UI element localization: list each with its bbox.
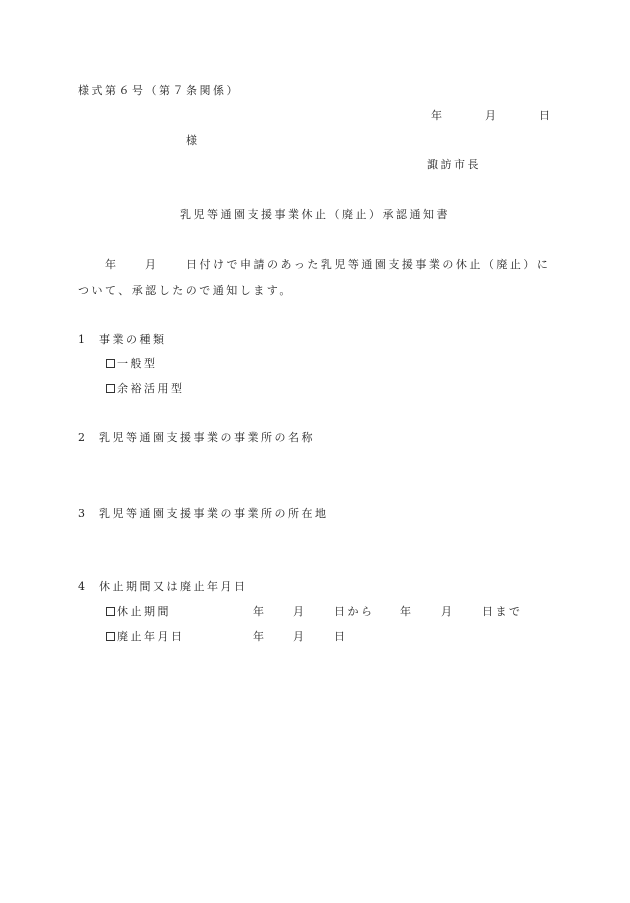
body-line1-text: 日付けで申請のあった乳児等通園支援事業の休止（廃止）に xyxy=(186,258,550,272)
issuer-name: 諏訪市長 xyxy=(427,158,481,172)
body-year-label: 年 xyxy=(105,258,119,272)
date-day-label: 日 xyxy=(539,109,553,123)
option-abolition-date-label: 廃止年月日 xyxy=(117,630,185,643)
checkbox-suspension-period[interactable] xyxy=(106,607,115,616)
date-year-label: 年 xyxy=(431,109,445,123)
suspension-start-month: 月 xyxy=(293,605,307,619)
option-surplus-type[interactable]: 余裕活用型 xyxy=(106,382,185,396)
body-line2-text: ついて、承認したので通知します。 xyxy=(78,284,293,298)
date-month-label: 月 xyxy=(485,109,499,123)
section-4-number: 4 xyxy=(78,580,88,594)
option-surplus-type-label: 余裕活用型 xyxy=(117,382,185,395)
suspension-end-month: 月 xyxy=(441,605,455,619)
checkbox-general-type[interactable] xyxy=(106,359,115,368)
section-3-number: 3 xyxy=(78,507,88,521)
suspension-start-day: 日から xyxy=(334,605,375,619)
section-2-number: 2 xyxy=(78,431,88,445)
section-1-label: 事業の種類 xyxy=(99,333,167,347)
abolition-year: 年 xyxy=(253,630,267,644)
option-abolition-date[interactable]: 廃止年月日 xyxy=(106,630,185,644)
option-general-type-label: 一般型 xyxy=(117,357,158,370)
document-title: 乳児等通園支援事業休止（廃止）承認通知書 xyxy=(180,208,450,222)
suspension-end-day: 日まで xyxy=(482,605,523,619)
recipient-suffix: 様 xyxy=(186,134,200,148)
suspension-end-year: 年 xyxy=(400,605,414,619)
section-4-label: 休止期間又は廃止年月日 xyxy=(99,580,248,594)
option-general-type[interactable]: 一般型 xyxy=(106,357,158,371)
section-3-label: 乳児等通園支援事業の事業所の所在地 xyxy=(99,507,329,521)
suspension-start-year: 年 xyxy=(253,605,267,619)
option-suspension-period-label: 休止期間 xyxy=(117,605,171,618)
option-suspension-period[interactable]: 休止期間 xyxy=(106,605,171,619)
form-number: 様式第６号（第７条関係） xyxy=(78,84,240,98)
checkbox-abolition-date[interactable] xyxy=(106,632,115,641)
section-1-number: 1 xyxy=(78,333,88,347)
abolition-month: 月 xyxy=(293,630,307,644)
body-month-label: 月 xyxy=(145,258,159,272)
section-2-label: 乳児等通園支援事業の事業所の名称 xyxy=(99,431,315,445)
abolition-day: 日 xyxy=(334,630,348,644)
checkbox-surplus-type[interactable] xyxy=(106,384,115,393)
